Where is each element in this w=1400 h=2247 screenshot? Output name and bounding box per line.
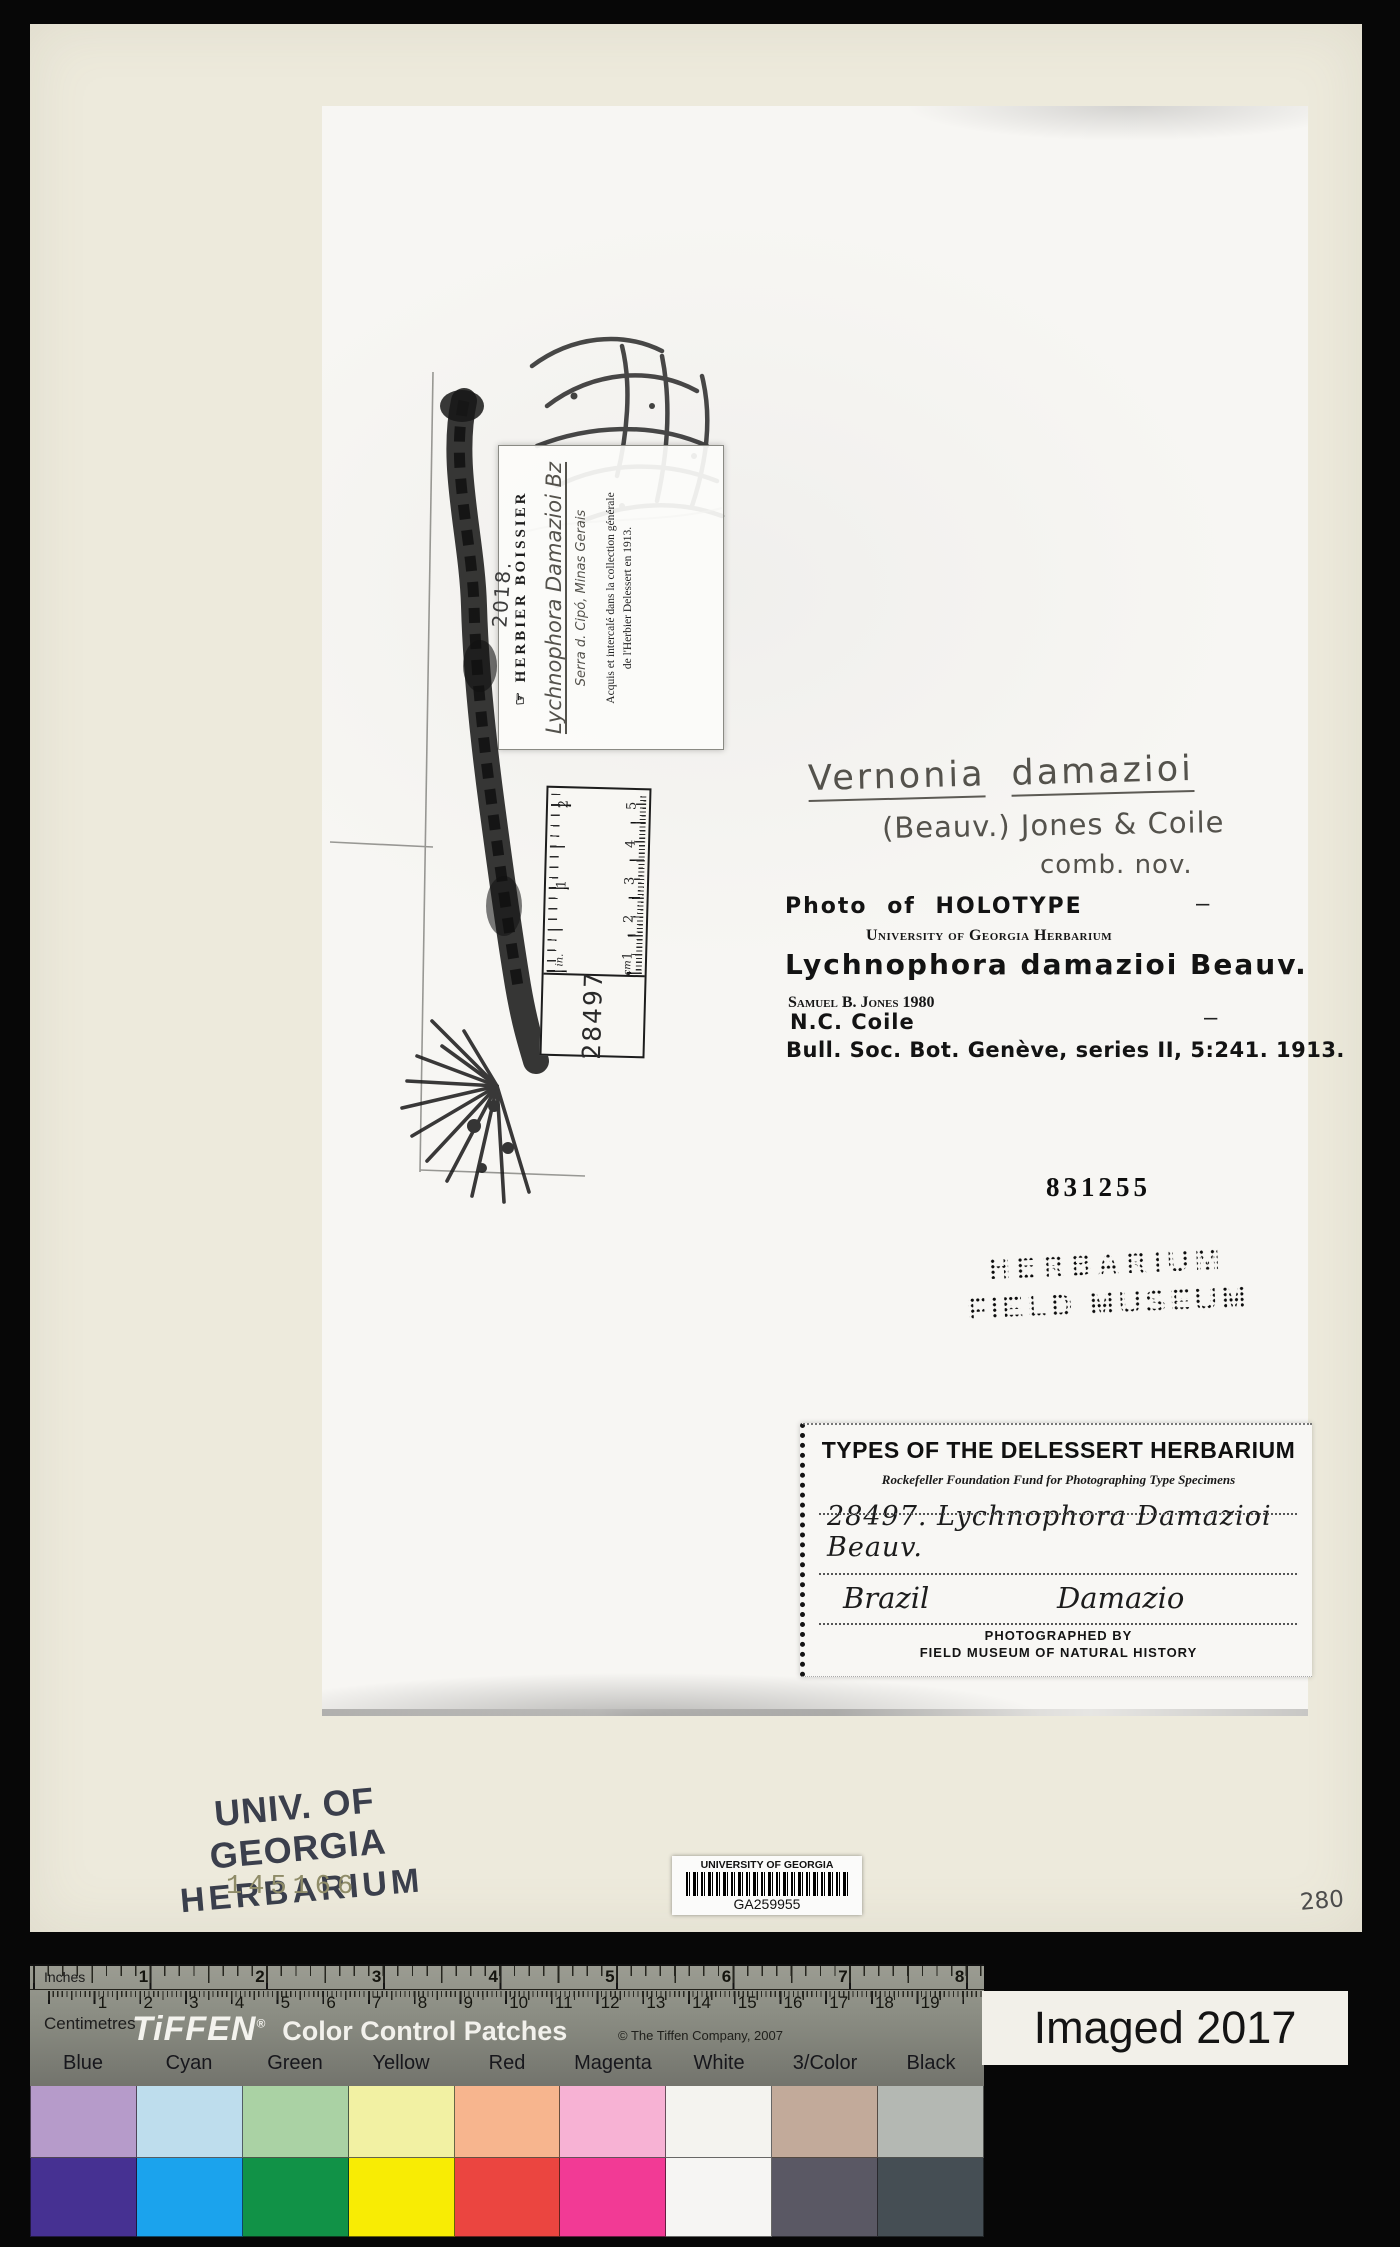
color-swatch [666, 2158, 772, 2237]
delessert-country: Brazil [843, 1581, 929, 1615]
citation-line: Bull. Soc. Bot. Genève, series II, 5:241… [786, 1038, 1345, 1062]
color-swatch [455, 2158, 561, 2237]
boissier-acquisition: Acquis et intercalé dans la collection g… [603, 448, 638, 747]
inch-number: 6 [722, 1967, 731, 1987]
uga-accession-number: 145166 [226, 1872, 359, 1902]
color-swatch [30, 2158, 137, 2237]
determination-species: Lychnophora damazioi Beauv. [785, 948, 1308, 981]
cm-number: 1 [98, 1993, 107, 2013]
color-swatch [243, 2158, 349, 2237]
inches-label: Inches [44, 1969, 85, 1985]
imaged-year-label: Imaged 2017 [982, 1991, 1348, 2065]
field-museum-line: FIELD MUSEUM OF NATURAL HISTORY [805, 1645, 1312, 1660]
delessert-collector: Damazio [1057, 1581, 1184, 1615]
delessert-label: TYPES OF THE DELESSERT HERBARIUM Rockefe… [800, 1423, 1312, 1677]
color-swatch [137, 2086, 243, 2158]
delessert-title: TYPES OF THE DELESSERT HERBARIUM [805, 1437, 1312, 1464]
patch-label: White [693, 2052, 744, 2075]
color-swatch [878, 2086, 984, 2158]
inch-number: 2 [255, 1967, 264, 1987]
tiffen-product-name: Color Control Patches [282, 2016, 567, 2047]
ruler-divider-line [30, 1989, 984, 1990]
cm-number: 13 [646, 1993, 665, 2013]
barcode-title: UNIVERSITY OF GEORGIA [672, 1859, 862, 1871]
boissier-acq-line2: de l'Herbier Delessert en 1913. [622, 526, 634, 668]
color-swatch [772, 2086, 878, 2158]
dotted-line-2 [819, 1573, 1297, 1575]
annotation-author-line: (Beauv.) Jones & Coile [882, 805, 1225, 845]
color-swatch [878, 2158, 984, 2237]
registered-mark: ® [256, 2017, 266, 2031]
inch-number: 4 [489, 1967, 498, 1987]
color-swatch [349, 2086, 455, 2158]
tiffen-brand-text: TiFFEN [132, 2010, 256, 2048]
inch-number: 3 [372, 1967, 381, 1987]
color-swatch [560, 2086, 666, 2158]
patch-label: Black [907, 2052, 956, 2075]
annotation-comb-nov: comb. nov. [1040, 850, 1193, 880]
cm-number: 19 [921, 1993, 940, 2013]
determiner-handwritten: N.C. Coile [790, 1010, 915, 1034]
delessert-entry: 28497. Lychnophora Damazioi Beauv. [827, 1501, 1312, 1563]
cm-number: 17 [829, 1993, 848, 2013]
inch-number: 7 [838, 1967, 847, 1987]
dash-mark-2: – [1204, 1004, 1217, 1032]
field-museum-stamp: HERBARIUM FIELD MUSEUM [957, 1241, 1260, 1328]
ruler-card-cm-number: 3 [622, 877, 637, 886]
ruler-card-cm-number: 4 [623, 839, 638, 848]
color-swatch [772, 2158, 878, 2237]
centimetres-label: Centimetres [44, 2014, 136, 2034]
institution-line: University of Georgia Herbarium [866, 927, 1112, 945]
photographed-ruler-card: in. cm 28497 1212345 [539, 786, 651, 1059]
ruler-card-cm-number: 2 [622, 914, 637, 923]
color-swatch [666, 2086, 772, 2158]
dotted-line-3 [819, 1623, 1297, 1625]
color-swatch [349, 2158, 455, 2237]
boissier-species: Lychnophora Damazioi Bz [542, 448, 566, 747]
photographed-by-line: PHOTOGRAPHED BY [805, 1628, 1312, 1643]
herbarium-specimen-scan: ☞ HERBIER BOISSIER Lychnophora Damazioi … [0, 0, 1400, 2247]
tiffen-scale-bar: Inches Centimetres 12345678 123456789101… [30, 1964, 984, 2088]
barcode-value: GA259955 [672, 1896, 862, 1912]
tiffen-brand-row: TiFFEN® Color Control Patches [132, 2010, 567, 2049]
color-swatch [243, 2086, 349, 2158]
patch-row-pastel [30, 2086, 984, 2158]
annotation-genus: Vernonia [808, 754, 987, 802]
ruler-card-inch-number: 1 [554, 880, 569, 889]
tiffen-copyright: © The Tiffen Company, 2007 [618, 2028, 783, 2043]
inch-number: 5 [605, 1967, 614, 1987]
boissier-header: ☞ HERBIER BOISSIER [511, 448, 530, 747]
tiffen-logo: TiFFEN® [132, 2010, 266, 2049]
ruler-card-cm-number: 1 [621, 952, 636, 961]
ruler-card-inch-label: in. [554, 954, 565, 967]
barcode-bars [686, 1872, 848, 1896]
boissier-side-number: 2018. [487, 560, 516, 629]
barcode-label: UNIVERSITY OF GEORGIA GA259955 [672, 1856, 862, 1915]
cm-number: 16 [784, 1993, 803, 2013]
boissier-label: ☞ HERBIER BOISSIER Lychnophora Damazioi … [498, 445, 724, 750]
mount-sheet: ☞ HERBIER BOISSIER Lychnophora Damazioi … [30, 24, 1362, 1932]
delessert-subtitle: Rockefeller Foundation Fund for Photogra… [805, 1472, 1312, 1488]
color-swatch [560, 2158, 666, 2237]
color-swatch [137, 2158, 243, 2237]
patch-label: Yellow [372, 2052, 429, 2075]
ruler-card-cm-number: 5 [624, 802, 639, 811]
patch-label: Cyan [166, 2052, 213, 2075]
ruler-card-cm-label: cm [622, 960, 633, 975]
cm-number: 12 [601, 1993, 620, 2013]
pencil-page-number: 280 [1299, 1886, 1345, 1916]
cm-number: 14 [692, 1993, 711, 2013]
dash-mark-1: – [1196, 890, 1209, 918]
patch-label: 3/Color [793, 2052, 857, 2075]
patch-label: Green [267, 2052, 323, 2075]
patch-row-saturated [30, 2158, 984, 2237]
annotation-species: damazioi [1011, 749, 1195, 797]
boissier-acq-line1: Acquis et intercalé dans la collection g… [605, 492, 617, 703]
dotted-line-1 [819, 1513, 1297, 1515]
holotype-line: Photo of HOLOTYPE [785, 894, 1083, 919]
inch-number: 8 [955, 1967, 964, 1987]
inch-number: 1 [139, 1967, 148, 1987]
ruler-card-inch-number: 2 [556, 800, 571, 809]
color-swatch [30, 2086, 137, 2158]
patch-label: Red [489, 2052, 526, 2075]
ruler-card-number: 28497 [577, 970, 608, 1060]
patch-label: Blue [63, 2052, 103, 2075]
patch-label: Magenta [574, 2052, 652, 2075]
color-swatch [455, 2086, 561, 2158]
boissier-locality: Serra d. Cipó, Minas Gerais [574, 448, 589, 747]
cm-number: 15 [738, 1993, 757, 2013]
cm-number: 18 [875, 1993, 894, 2013]
accession-number-stamp: 831255 [1046, 1172, 1151, 1203]
color-patch-grid [30, 2086, 984, 2237]
